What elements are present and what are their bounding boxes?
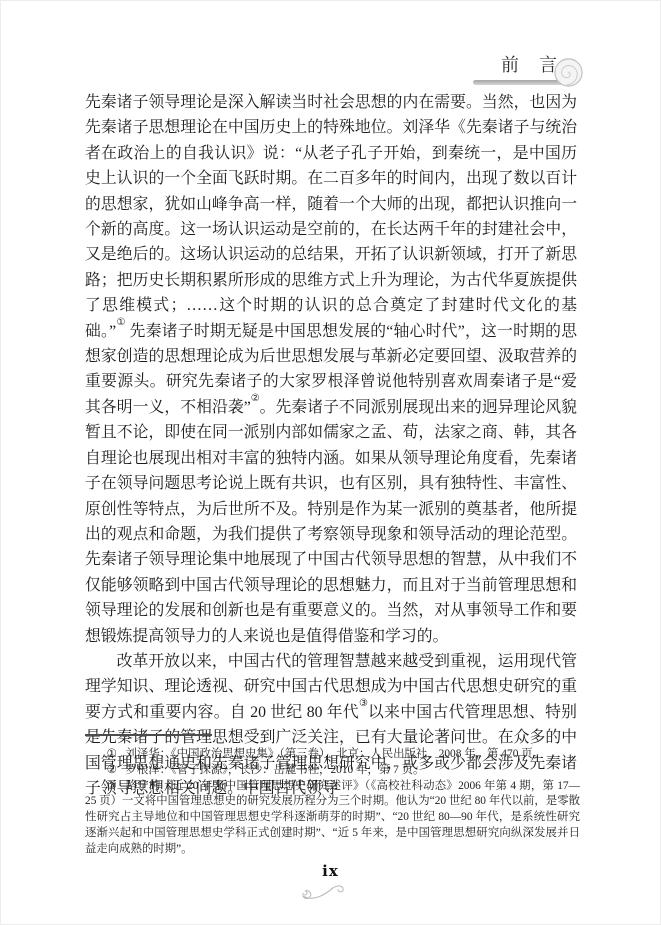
spiral-ornament-icon bbox=[553, 57, 584, 93]
footnote-1: ①刘泽华：《中国政治思想史集》（第三卷），北京：人民出版社，2008 年，第 4… bbox=[85, 747, 580, 763]
footnote-3: ③路宁的《近 20 年来中国管理思想史研究述评》（《高校社科动态》2006 年第… bbox=[85, 779, 580, 858]
footnote-marker: ② bbox=[107, 764, 117, 776]
flourish-icon bbox=[301, 880, 355, 905]
footnote-text: 罗根泽：《管子探源》，长沙：岳麓书社，2010 年，第 7 页。 bbox=[125, 764, 424, 776]
text-run: 先秦诸子领导理论是深入解读当时社会思想的内在需要。当然，也因为先秦诸子思想理论在… bbox=[85, 94, 577, 340]
footnotes: ①刘泽华：《中国政治思想史集》（第三卷），北京：人民出版社，2008 年，第 4… bbox=[85, 747, 580, 858]
footnote-text: 刘泽华：《中国政治思想史集》（第三卷），北京：人民出版社，2008 年，第 47… bbox=[125, 748, 544, 760]
body-text: 先秦诸子领导理论是深入解读当时社会思想的内在需要。当然，也因为先秦诸子思想理论在… bbox=[85, 90, 577, 801]
footnote-text: 路宁的《近 20 年来中国管理思想史研究述评》（《高校社科动态》2006 年第 … bbox=[85, 780, 580, 855]
chapter-title: 前 言 bbox=[501, 51, 558, 77]
footnote-ref: ② bbox=[251, 393, 260, 404]
footnote-ref: ③ bbox=[359, 698, 368, 709]
footnote-ref: ① bbox=[116, 317, 125, 328]
footnote-rule bbox=[85, 734, 212, 736]
text-run: 。先秦诸子不同派别展现出来的迥异理论风貌暂且不论，即使在同一派别内部如儒家之孟、… bbox=[85, 399, 577, 645]
footnote-marker: ① bbox=[107, 748, 117, 760]
page-number: ix bbox=[0, 862, 661, 880]
paragraph-1: 先秦诸子领导理论是深入解读当时社会思想的内在需要。当然，也因为先秦诸子思想理论在… bbox=[85, 90, 577, 649]
footnote-2: ②罗根泽：《管子探源》，长沙：岳麓书社，2010 年，第 7 页。 bbox=[85, 763, 580, 779]
footnote-marker: ③ bbox=[107, 780, 117, 792]
book-page: { "header": { "title": "前 言" }, "body": … bbox=[0, 0, 661, 925]
